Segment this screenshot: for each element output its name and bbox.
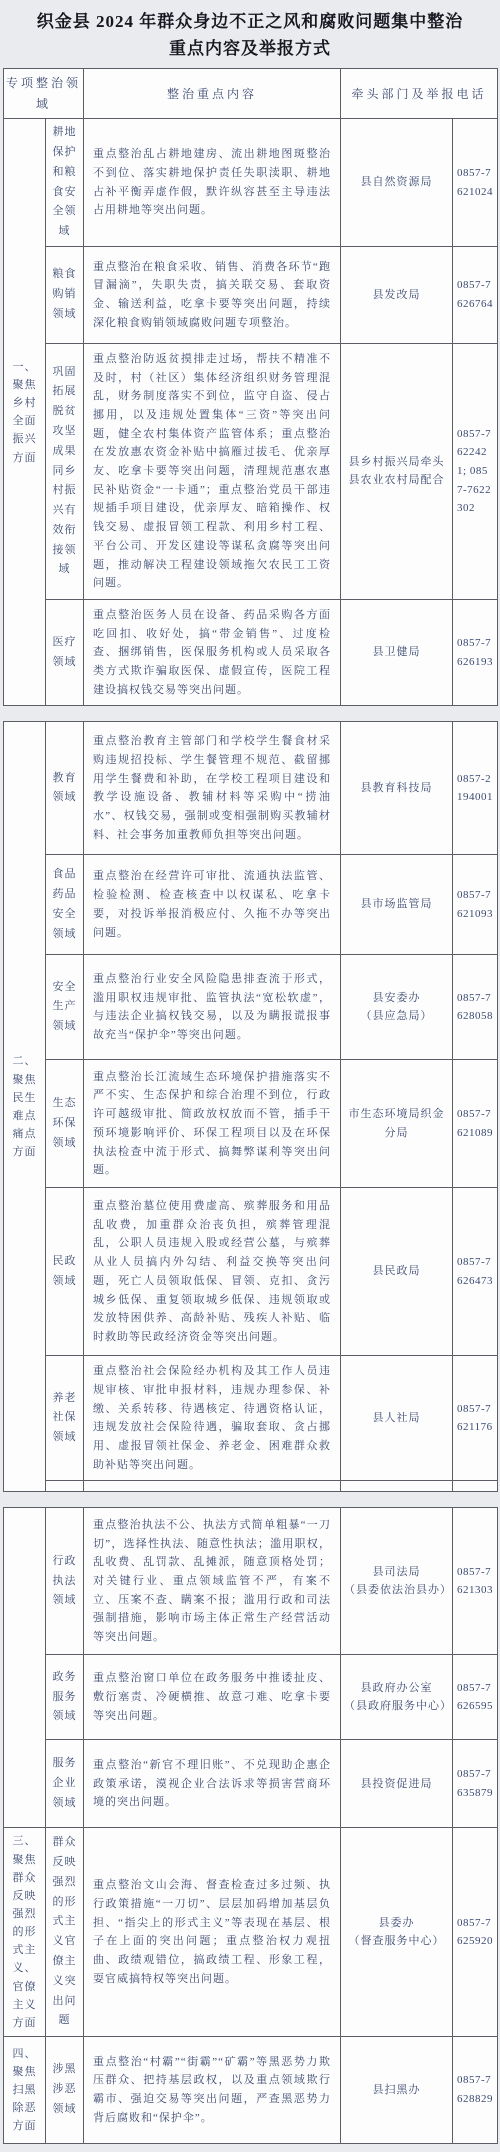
field-cell: 政务服务领域 <box>46 1655 84 1740</box>
dept-cell: 县司法局 （县委依法治县办） <box>341 1508 453 1655</box>
phone-cell: 0857-7622421; 0857-7622302 <box>453 343 498 599</box>
dept-cell: 县教育科技局 <box>341 722 453 855</box>
dept-cell: 市生态环境局织金分局 <box>341 1060 453 1188</box>
table-row: 四、聚焦扫黑除恶方面 涉黑涉恶领域 重点整治“村霸”“街霸”“矿霸”等黑恶势力欺… <box>4 2036 498 2143</box>
field-cell: 食品药品安全领域 <box>46 855 84 955</box>
field-cell: 行政执法领域 <box>46 1508 84 1655</box>
phone-cell: 0857-7626193 <box>453 599 498 705</box>
phone-cell: 0857-7621024 <box>453 119 498 247</box>
table-row: 行政执法领域 重点整治执法不公、执法方式简单粗暴“一刀切”，选择性执法、随意性执… <box>4 1508 498 1655</box>
dept-cell: 县卫健局 <box>341 599 453 705</box>
empty-cell <box>453 1481 498 1492</box>
field-cell: 巩固拓展脱贫攻坚成果同乡村振兴有效衔接领域 <box>46 343 84 599</box>
phone-cell: 0857-7621089 <box>453 1060 498 1188</box>
phone-cell: 0857-7628058 <box>453 955 498 1060</box>
page-title: 织金县 2024 年群众身边不正之风和腐败问题集中整治 重点内容及举报方式 <box>3 8 497 62</box>
field-cell: 医疗领域 <box>46 599 84 705</box>
table-row: 巩固拓展脱贫攻坚成果同乡村振兴有效衔接领域 重点整治防返贫摸排走过场，帮扶不精准… <box>4 343 498 599</box>
field-cell: 安全生产领域 <box>46 955 84 1060</box>
phone-cell: 0857-7621093 <box>453 855 498 955</box>
dept-cell: 县民政局 <box>341 1188 453 1356</box>
phone-cell: 0857-7625920 <box>453 1828 498 2037</box>
table-row: 服务企业领域 重点整治“新官不理旧账”、不兑现助企惠企政策承诺，漠视企业合法诉求… <box>4 1740 498 1828</box>
content-cell: 重点整治社会保险经办机构及其工作人员违规审核、审批申报材料，违规办理参保、补缴、… <box>84 1356 341 1481</box>
table-row: 二、聚焦民生难点痛点方面 教育领域 重点整治教育主管部门和学校学生餐食材采购违规… <box>4 722 498 855</box>
content-cell: 重点整治在粮食采收、销售、消费各环节“跑冒漏滴”，失职失责，搞关联交易、套取资金… <box>84 246 341 343</box>
dept-cell: 县政府办公室 （县政府服务中心） <box>341 1655 453 1740</box>
dept-cell: 县市场监管局 <box>341 855 453 955</box>
table-gap <box>3 706 497 721</box>
dept-cell: 县人社局 <box>341 1356 453 1481</box>
section-label-3: 三、聚焦群众反映强烈的形式主义、官僚主义方面 <box>4 1828 46 2037</box>
field-cell: 生态环保领域 <box>46 1060 84 1188</box>
phone-cell: 0857-7621176 <box>453 1356 498 1481</box>
dept-cell: 县扫黑办 <box>341 2036 453 2143</box>
phone-cell: 0857-7628829 <box>453 2036 498 2143</box>
document-page: 织金县 2024 年群众身边不正之风和腐败问题集中整治 重点内容及举报方式 专项… <box>0 0 500 2152</box>
phone-cell: 0857-7626473 <box>453 1188 498 1356</box>
field-cell: 养老社保领域 <box>46 1356 84 1481</box>
section-label-1: 一、聚焦乡村全面振兴方面 <box>4 119 46 706</box>
dept-cell: 县投资促进局 <box>341 1740 453 1828</box>
header-field-column: 专项整治领域 <box>4 69 84 119</box>
empty-cell <box>84 1481 341 1492</box>
table-block-1: 专项整治领域 整治重点内容 牵头部门及举报电话 一、聚焦乡村全面振兴方面 耕地保… <box>3 68 498 706</box>
content-cell: 重点整治教育主管部门和学校学生餐食材采购违规招投标、学生餐管理不规范、截留挪用学… <box>84 722 341 855</box>
content-cell: 重点整治防返贫摸排走过场，帮扶不精准不及时，村（社区）集体经济组织财务管理混乱，… <box>84 343 341 599</box>
content-cell: 重点整治在经营许可审批、流通执法监管、检验检测、检查核查中以权谋私、吃拿卡要，对… <box>84 855 341 955</box>
table-row: 医疗领域 重点整治医务人员在设备、药品采购各方面吃回扣、收好处，搞“带金销售”、… <box>4 599 498 705</box>
phone-cell: 0857-7635879 <box>453 1740 498 1828</box>
table-row: 食品药品安全领域 重点整治在经营许可审批、流通执法监管、检验检测、检查核查中以权… <box>4 855 498 955</box>
table-row: 政务服务领域 重点整治窗口单位在政务服务中推诿扯皮、敷衍塞责、冷硬横推、故意刁难… <box>4 1655 498 1740</box>
content-cell: 重点整治乱占耕地建房、流出耕地图斑整治不到位、落实耕地保护责任失职渎职、耕地占补… <box>84 119 341 247</box>
empty-cell <box>46 1481 84 1492</box>
phone-cell: 0857-7626764 <box>453 246 498 343</box>
field-cell: 群众反映强烈的形式主义官僚主义突出问题 <box>46 1828 84 2037</box>
section-label-empty <box>4 1508 46 1828</box>
field-cell: 涉黑涉恶领域 <box>46 2036 84 2143</box>
content-cell: 重点整治“新官不理旧账”、不兑现助企惠企政策承诺，漠视企业合法诉求等损害营商环境… <box>84 1740 341 1828</box>
dept-cell: 县安委办 （县应急局） <box>341 955 453 1060</box>
field-cell: 耕地保护和粮食安全领域 <box>46 119 84 247</box>
table-row: 民政领域 重点整治墓位使用费虚高、殡葬服务和用品乱收费，加重群众治丧负担，殡葬管… <box>4 1188 498 1356</box>
empty-row <box>4 1481 498 1492</box>
phone-cell: 0857-7621303 <box>453 1508 498 1655</box>
content-cell: 重点整治墓位使用费虚高、殡葬服务和用品乱收费，加重群众治丧负担，殡葬管理混乱，公… <box>84 1188 341 1356</box>
content-cell: 重点整治医务人员在设备、药品采购各方面吃回扣、收好处，搞“带金销售”、过度检查、… <box>84 599 341 705</box>
table-header-row: 专项整治领域 整治重点内容 牵头部门及举报电话 <box>4 69 498 119</box>
table-row: 安全生产领域 重点整治行业安全风险隐患排查流于形式，滥用职权违规审批、监管执法“… <box>4 955 498 1060</box>
dept-cell: 县发改局 <box>341 246 453 343</box>
header-content-column: 整治重点内容 <box>84 69 341 119</box>
table-block-3: 行政执法领域 重点整治执法不公、执法方式简单粗暴“一刀切”，选择性执法、随意性执… <box>3 1507 498 2144</box>
header-dept-column: 牵头部门及举报电话 <box>341 69 498 119</box>
table-row: 一、聚焦乡村全面振兴方面 耕地保护和粮食安全领域 重点整治乱占耕地建房、流出耕地… <box>4 119 498 247</box>
page-title-line-2: 重点内容及举报方式 <box>3 35 497 62</box>
content-cell: 重点整治“村霸”“街霸”“矿霸”等黑恶势力欺压群众、把持基层政权，以及重点领域欺… <box>84 2036 341 2143</box>
dept-cell: 县委办 （督查服务中心） <box>341 1828 453 2037</box>
table-row: 粮食购销领域 重点整治在粮食采收、销售、消费各环节“跑冒漏滴”，失职失责，搞关联… <box>4 246 498 343</box>
table-row: 生态环保领域 重点整治长江流域生态环境保护措施落实不严不实、生态保护和综合治理不… <box>4 1060 498 1188</box>
table-gap <box>3 1492 497 1507</box>
empty-cell <box>341 1481 453 1492</box>
field-cell: 民政领域 <box>46 1188 84 1356</box>
content-cell: 重点整治长江流域生态环境保护措施落实不严不实、生态保护和综合治理不到位，行政许可… <box>84 1060 341 1188</box>
field-cell: 教育领域 <box>46 722 84 855</box>
field-cell: 粮食购销领域 <box>46 246 84 343</box>
content-cell: 重点整治窗口单位在政务服务中推诿扯皮、敷衍塞责、冷硬横推、故意刁难、吃拿卡要等突… <box>84 1655 341 1740</box>
phone-cell: 0857-2194001 <box>453 722 498 855</box>
dept-cell: 县乡村振兴局牵头 县农业农村局配合 <box>341 343 453 599</box>
content-cell: 重点整治行业安全风险隐患排查流于形式，滥用职权违规审批、监管执法“宽松软虚”，与… <box>84 955 341 1060</box>
table-row: 养老社保领域 重点整治社会保险经办机构及其工作人员违规审核、审批申报材料，违规办… <box>4 1356 498 1481</box>
content-cell: 重点整治执法不公、执法方式简单粗暴“一刀切”，选择性执法、随意性执法；滥用职权，… <box>84 1508 341 1655</box>
content-cell: 重点整治文山会海、督查检查过多过频、执行政策措施“一刀切”、层层加码增加基层负担… <box>84 1828 341 2037</box>
field-cell: 服务企业领域 <box>46 1740 84 1828</box>
page-title-line-1: 织金县 2024 年群众身边不正之风和腐败问题集中整治 <box>3 8 497 35</box>
section-label-2: 二、聚焦民生难点痛点方面 <box>4 722 46 1492</box>
section-label-4: 四、聚焦扫黑除恶方面 <box>4 2036 46 2143</box>
table-block-2: 二、聚焦民生难点痛点方面 教育领域 重点整治教育主管部门和学校学生餐食材采购违规… <box>3 721 498 1492</box>
table-row: 三、聚焦群众反映强烈的形式主义、官僚主义方面 群众反映强烈的形式主义官僚主义突出… <box>4 1828 498 2037</box>
phone-cell: 0857-7626595 <box>453 1655 498 1740</box>
dept-cell: 县自然资源局 <box>341 119 453 247</box>
